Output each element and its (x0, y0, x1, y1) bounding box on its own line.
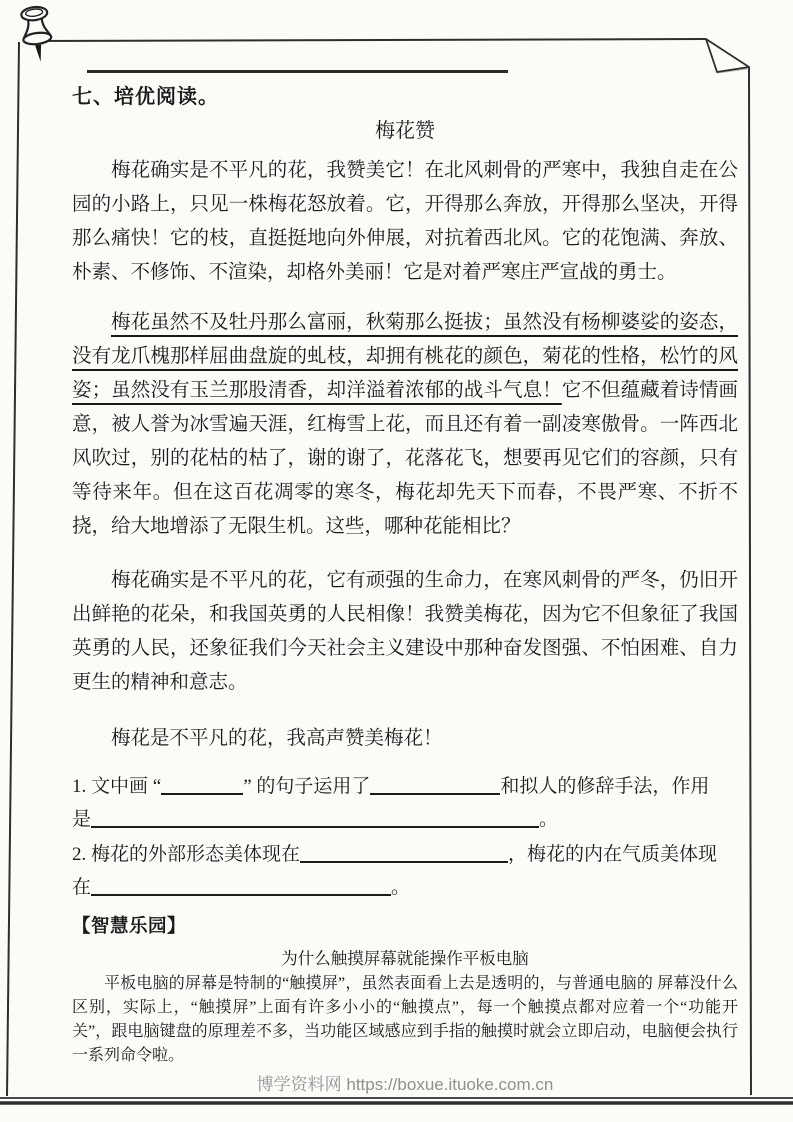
worksheet-content: 七、培优阅读。 梅花赞 梅花确实是不平凡的花，我赞美它！在北风刺骨的严寒中，我独… (72, 84, 738, 1096)
answer-blank-line (161, 776, 243, 795)
question-2-text: 在 (72, 877, 91, 898)
question-1-line-2: 是。 (72, 803, 738, 836)
answer-blank-line (91, 877, 391, 896)
wisdom-article-title: 为什么触摸屏幕就能操作平板电脑 (72, 948, 738, 970)
question-2-line-2: 在。 (72, 871, 738, 904)
section-divider (87, 70, 508, 73)
question-2-line-1: 2. 梅花的外部形态美体现在，梅花的内在气质美体现 (72, 838, 738, 871)
answer-blank-line (91, 809, 539, 828)
wisdom-section-header: 【智慧乐园】 (72, 914, 738, 940)
question-2: 2. 梅花的外部形态美体现在，梅花的内在气质美体现 在。 (72, 838, 738, 904)
section-header: 七、培优阅读。 (72, 84, 738, 110)
essay-paragraph-3: 梅花确实是不平凡的花，它有顽强的生命力，在寒风刺骨的严冬，仍旧开出鲜艳的花朵，和… (72, 564, 738, 700)
essay-title: 梅花赞 (72, 118, 738, 144)
wisdom-paragraph: 平板电脑的屏幕是特制的“触摸屏”，虽然表面看上去是透明的，与普通电脑的 屏幕没什… (72, 972, 738, 1068)
question-1-line-1: 1. 文中画 “” 的句子运用了和拟人的修辞手法，作用 (72, 770, 738, 803)
pushpin-icon (14, 2, 60, 70)
essay-paragraph-2: 梅花虽然不及牡丹那么富丽，秋菊那么挺拔；虽然没有杨柳婆娑的姿态，没有龙爪槐那样屈… (72, 306, 738, 544)
question-2-text: ，梅花的内在气质美体现 (508, 844, 717, 865)
answer-blank-line (300, 844, 508, 863)
question-2-text: 2. 梅花的外部形态美体现在 (72, 844, 300, 865)
question-1-text: ” 的句子运用了 (243, 776, 370, 797)
question-2-text: 。 (391, 877, 410, 898)
answer-blank-line (370, 776, 500, 795)
essay-paragraph-4: 梅花是不平凡的花，我高声赞美梅花！ (72, 722, 738, 756)
paragraph-2-rest: 它不但蕴藏着诗情画意，被人誉为冰雪遍天涯，红梅雪上花，而且还有着一副凌寒傲骨。一… (72, 380, 738, 537)
essay-paragraph-1: 梅花确实是不平凡的花，我赞美它！在北风刺骨的严寒中，我独自走在公园的小路上，只见… (72, 154, 738, 290)
footer-watermark: 博学资料网 https://boxue.ituoke.com.cn (72, 1074, 738, 1096)
question-1-text: 1. 文中画 “ (72, 776, 161, 797)
question-1-text: 是 (72, 809, 91, 830)
question-1-text: 。 (539, 809, 558, 830)
question-1-text: 和拟人的修辞手法，作用 (500, 776, 709, 797)
question-1: 1. 文中画 “” 的句子运用了和拟人的修辞手法，作用 是。 (72, 770, 738, 836)
